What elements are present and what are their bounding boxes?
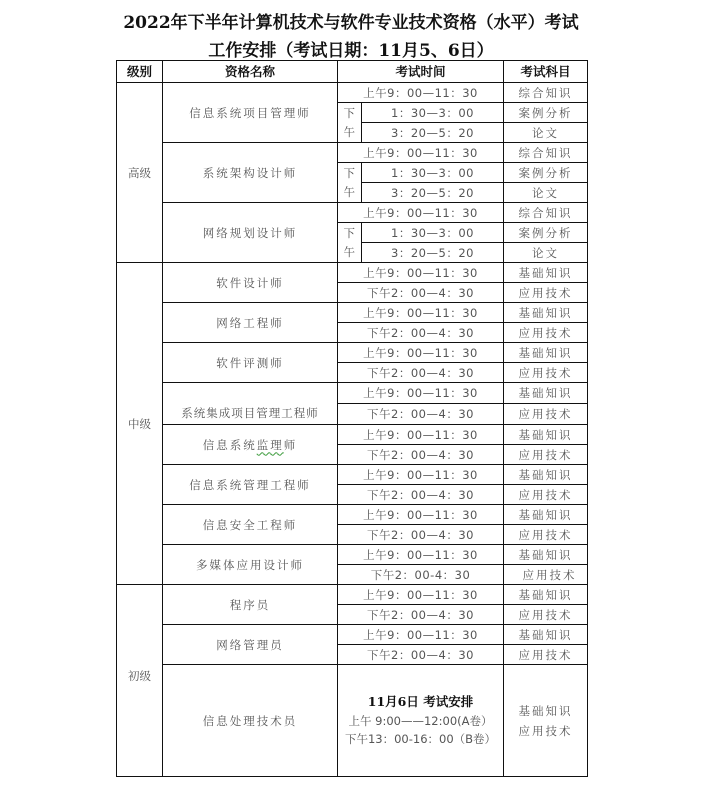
exam-time: 下午2：00—4：30 — [338, 283, 504, 303]
exam-subject: 基础知识 — [504, 303, 588, 323]
qualification-name-prefix: 信息系统 — [203, 438, 257, 452]
exam-time: 上午9：00—11：30 — [338, 465, 504, 485]
qualification-name-suffix: 师 — [284, 438, 298, 452]
qualification-name: 程序员 — [163, 585, 338, 625]
qualification-name: 信息系统管理工程师 — [163, 465, 338, 505]
exam-subject-list: 基础知识 应用技术 — [504, 665, 588, 777]
exam-time: 上午9：00—11：30 — [338, 263, 504, 283]
table-row: 网络管理员 上午9：00—11：30 基础知识 — [117, 625, 588, 645]
exam-subject: 案例分析 — [504, 103, 588, 123]
exam-subject: 应用技术 — [504, 283, 588, 303]
pm-label-wu: 午 — [338, 183, 362, 203]
special-schedule-pm: 下午13：00-16：00（B卷） — [338, 730, 503, 748]
exam-time: 下午2：00—4：30 — [338, 404, 504, 425]
exam-time: 1：30—3：00 — [362, 223, 504, 243]
exam-time: 上午9：00—11：30 — [338, 303, 504, 323]
table-row: 系统架构设计师 上午9：00—11：30 综合知识 — [117, 143, 588, 163]
exam-time: 下午2：00—4：30 — [338, 363, 504, 383]
exam-subject: 综合知识 — [504, 83, 588, 103]
table-row: 网络工程师 上午9：00—11：30 基础知识 — [117, 303, 588, 323]
exam-subject: 基础知识 — [504, 505, 588, 525]
exam-time: 上午9：00—11：30 — [338, 383, 504, 404]
document-title-line-2: 工作安排（考试日期：11月5、6日） — [0, 36, 702, 61]
table-row: 信息处理技术员 11月6日 考试安排 上午 9:00——12:00(A卷） 下午… — [117, 665, 588, 777]
exam-subject: 案例分析 — [504, 163, 588, 183]
exam-time: 下午2：00—4：30 — [338, 645, 504, 665]
exam-subject: 应用技术 — [504, 323, 588, 343]
table-row: 系统集成项目管理工程师 上午9：00—11：30 基础知识 — [117, 383, 588, 404]
table-row: 软件评测师 上午9：00—11：30 基础知识 — [117, 343, 588, 363]
exam-subject: 应用技术 — [504, 445, 588, 465]
exam-subject: 基础知识 — [504, 701, 587, 721]
exam-time: 下午2：00—4：30 — [338, 485, 504, 505]
exam-time: 下午2：00—4：30 — [338, 525, 504, 545]
exam-time: 上午9：00—11：30 — [338, 545, 504, 565]
pm-label-xia: 下 — [338, 103, 362, 123]
exam-subject: 应用技术 — [504, 565, 588, 585]
exam-subject: 综合知识 — [504, 203, 588, 223]
exam-time: 上午9：00—11：30 — [338, 203, 504, 223]
qualification-name: 网络工程师 — [163, 303, 338, 343]
table-row: 信息系统管理工程师 上午9：00—11：30 基础知识 — [117, 465, 588, 485]
exam-subject: 论文 — [504, 123, 588, 143]
table-row: 信息安全工程师 上午9：00—11：30 基础知识 — [117, 505, 588, 525]
exam-subject: 基础知识 — [504, 343, 588, 363]
pm-label-wu: 午 — [338, 243, 362, 263]
table-row: 初级 程序员 上午9：00—11：30 基础知识 — [117, 585, 588, 605]
exam-subject: 应用技术 — [504, 605, 588, 625]
exam-time: 3：20—5：20 — [362, 243, 504, 263]
exam-time: 下午2：00—4：30 — [338, 445, 504, 465]
table-row: 高级 信息系统项目管理师 上午9：00—11：30 综合知识 — [117, 83, 588, 103]
exam-subject: 应用技术 — [504, 404, 588, 425]
table-row: 多媒体应用设计师 上午9：00—11：30 基础知识 — [117, 545, 588, 565]
level-cell-intermediate: 中级 — [117, 263, 163, 585]
pm-label-wu: 午 — [338, 123, 362, 143]
exam-time: 1：30—3：00 — [362, 163, 504, 183]
exam-subject: 论文 — [504, 183, 588, 203]
exam-subject: 应用技术 — [504, 645, 588, 665]
exam-time: 下午2：00—4：30 — [338, 605, 504, 625]
qualification-name: 软件评测师 — [163, 343, 338, 383]
exam-subject: 基础知识 — [504, 625, 588, 645]
qualification-name: 信息系统监理师 — [163, 425, 338, 465]
qualification-name: 系统集成项目管理工程师 — [163, 383, 338, 425]
table-header-row: 级别 资格名称 考试时间 考试科目 — [117, 61, 588, 83]
qualification-name: 网络规划设计师 — [163, 203, 338, 263]
qualification-name: 系统架构设计师 — [163, 143, 338, 203]
exam-subject: 案例分析 — [504, 223, 588, 243]
level-cell-junior: 初级 — [117, 585, 163, 777]
header-qualification: 资格名称 — [163, 61, 338, 83]
exam-time: 上午9：00—11：30 — [338, 625, 504, 645]
special-schedule-heading: 11月6日 考试安排 — [338, 693, 503, 711]
exam-time: 上午9：00—11：30 — [338, 143, 504, 163]
pm-label-xia: 下 — [338, 223, 362, 243]
exam-subject: 应用技术 — [504, 485, 588, 505]
qualification-name: 信息处理技术员 — [163, 665, 338, 777]
exam-subject: 论文 — [504, 243, 588, 263]
document-title-line-1: 2022年下半年计算机技术与软件专业技术资格（水平）考试 — [0, 8, 702, 33]
qualification-name: 信息系统项目管理师 — [163, 83, 338, 143]
qualification-name: 多媒体应用设计师 — [163, 545, 338, 585]
qualification-name: 网络管理员 — [163, 625, 338, 665]
exam-time: 下午2：00-4：30 — [338, 565, 504, 585]
header-time: 考试时间 — [338, 61, 504, 83]
exam-time: 上午9：00—11：30 — [338, 343, 504, 363]
special-schedule-am: 上午 9:00——12:00(A卷） — [338, 712, 503, 730]
header-level: 级别 — [117, 61, 163, 83]
exam-time: 3：20—5：20 — [362, 183, 504, 203]
exam-schedule-table: 级别 资格名称 考试时间 考试科目 高级 信息系统项目管理师 上午9：00—11… — [116, 60, 588, 777]
special-schedule-cell: 11月6日 考试安排 上午 9:00——12:00(A卷） 下午13：00-16… — [338, 665, 504, 777]
exam-subject: 综合知识 — [504, 143, 588, 163]
exam-time: 上午9：00—11：30 — [338, 425, 504, 445]
exam-time: 3：20—5：20 — [362, 123, 504, 143]
exam-subject: 应用技术 — [504, 525, 588, 545]
exam-time: 上午9：00—11：30 — [338, 585, 504, 605]
exam-time: 1：30—3：00 — [362, 103, 504, 123]
qualification-name: 软件设计师 — [163, 263, 338, 303]
exam-subject: 基础知识 — [504, 383, 588, 404]
exam-subject: 基础知识 — [504, 585, 588, 605]
exam-subject: 基础知识 — [504, 425, 588, 445]
table-row: 中级 软件设计师 上午9：00—11：30 基础知识 — [117, 263, 588, 283]
exam-subject: 应用技术 — [504, 721, 587, 741]
exam-time: 上午9：00—11：30 — [338, 505, 504, 525]
header-subject: 考试科目 — [504, 61, 588, 83]
pm-label-xia: 下 — [338, 163, 362, 183]
table-row: 信息系统监理师 上午9：00—11：30 基础知识 — [117, 425, 588, 445]
table-row: 网络规划设计师 上午9：00—11：30 综合知识 — [117, 203, 588, 223]
qualification-name: 信息安全工程师 — [163, 505, 338, 545]
level-cell-senior: 高级 — [117, 83, 163, 263]
spellcheck-marked-text: 监理 — [257, 438, 284, 452]
exam-subject: 应用技术 — [504, 363, 588, 383]
exam-time: 下午2：00—4：30 — [338, 323, 504, 343]
exam-subject: 基础知识 — [504, 465, 588, 485]
exam-subject: 基础知识 — [504, 545, 588, 565]
exam-time: 上午9：00—11：30 — [338, 83, 504, 103]
exam-subject: 基础知识 — [504, 263, 588, 283]
